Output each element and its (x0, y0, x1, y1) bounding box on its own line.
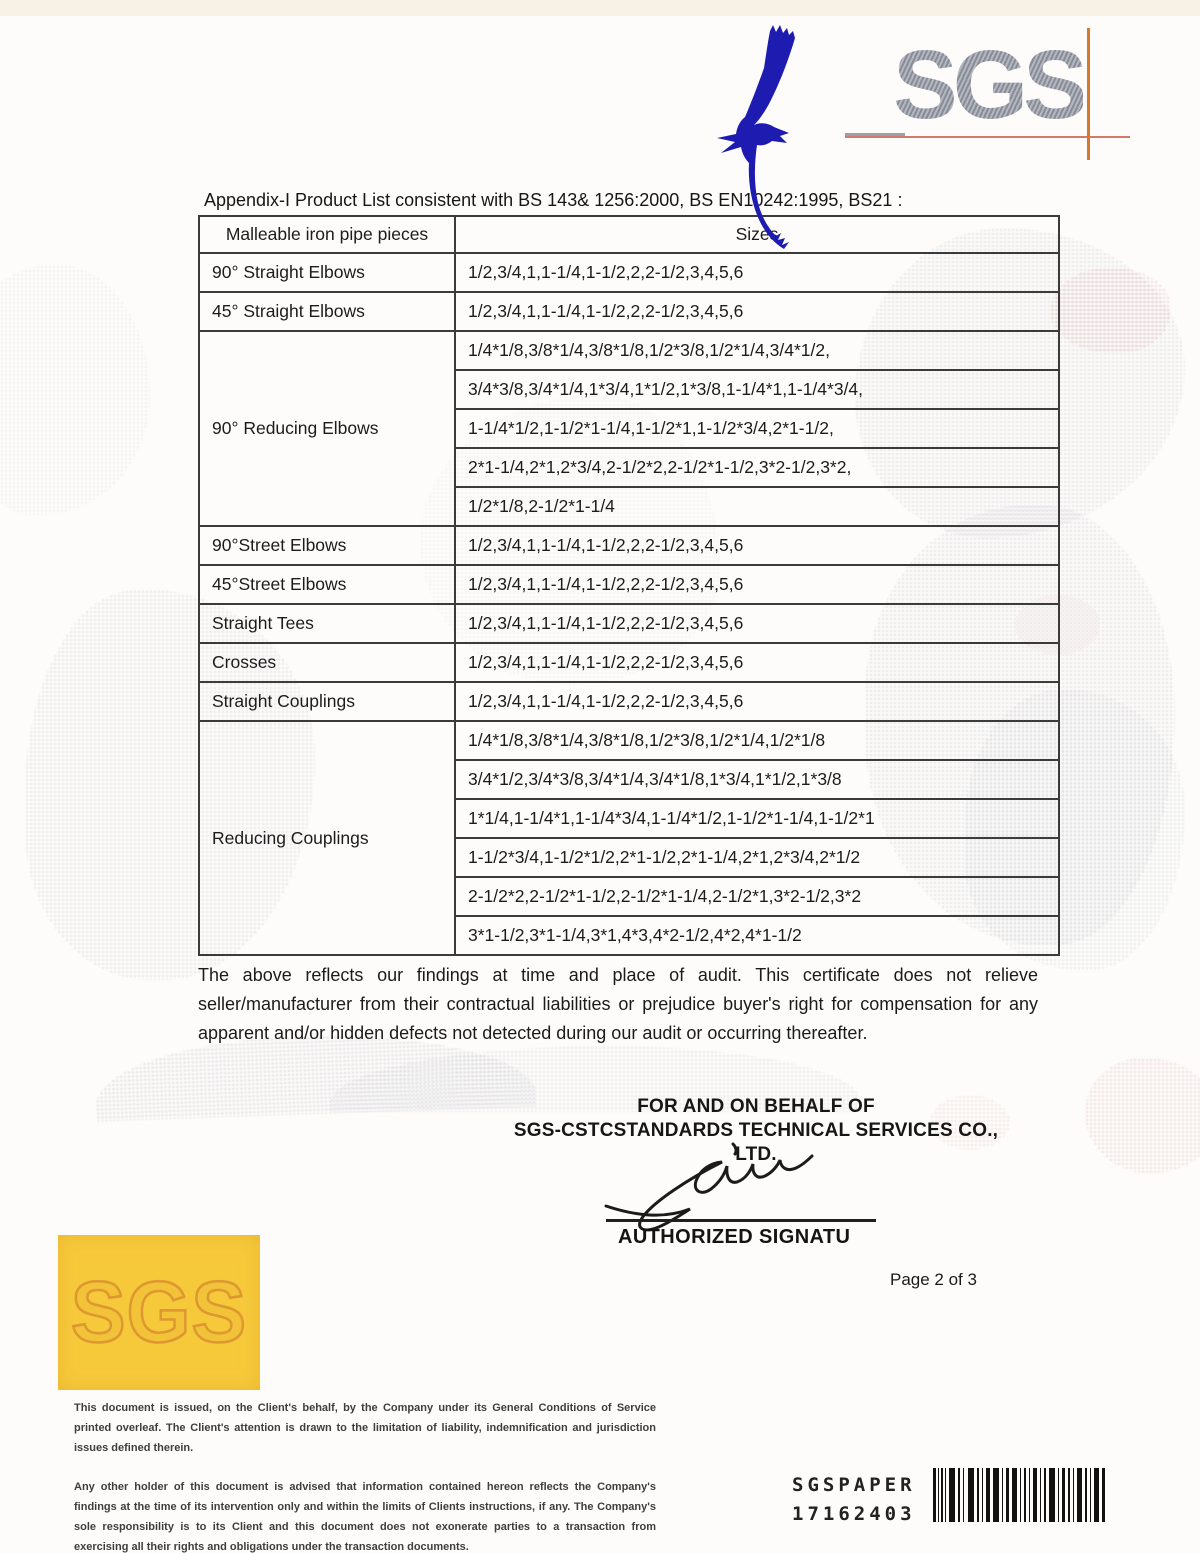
table-row: 90° Straight Elbows 1/2,3/4,1,1-1/4,1-1/… (199, 253, 1059, 292)
bird-icon (693, 22, 813, 254)
scan-stain (1050, 268, 1170, 353)
sgs-logo: SGS (893, 36, 1083, 133)
terms-paragraph-1: This document is issued, on the Client's… (74, 1398, 656, 1458)
logo-vertical-rule (1087, 28, 1090, 160)
sizes-cell: 1/2,3/4,1,1-1/4,1-1/2,2,2-1/2,3,4,5,6 (455, 643, 1059, 682)
barcode (933, 1468, 1108, 1522)
terms-paragraph-2: Any other holder of this document is adv… (74, 1477, 656, 1553)
signature-line (606, 1219, 876, 1222)
sizes-cell: 1/2,3/4,1,1-1/4,1-1/2,2,2-1/2,3,4,5,6 (455, 253, 1059, 292)
piece-name-cell: 45°Street Elbows (199, 565, 455, 604)
table-row: 45° Straight Elbows 1/2,3/4,1,1-1/4,1-1/… (199, 292, 1059, 331)
piece-name-cell: Crosses (199, 643, 455, 682)
sgs-stamp: SGS (58, 1235, 260, 1390)
table-row: 45°Street Elbows 1/2,3/4,1,1-1/4,1-1/2,2… (199, 565, 1059, 604)
sizes-cell: 1/2,3/4,1,1-1/4,1-1/2,2,2-1/2,3,4,5,6 (455, 565, 1059, 604)
piece-name-cell: 45° Straight Elbows (199, 292, 455, 331)
paper-code-line-1: SGSPAPER (792, 1471, 916, 1500)
table-row: 90° Reducing Elbows 1/4*1/8,3/8*1/4,3/8*… (199, 331, 1059, 370)
map-watermark-left (0, 265, 150, 515)
sizes-cell: 3/4*3/8,3/4*1/4,1*3/4,1*1/2,1*3/8,1-1/4*… (455, 370, 1059, 409)
sizes-cell: 3/4*1/2,3/4*3/8,3/4*1/4,3/4*1/8,1*3/4,1*… (455, 760, 1059, 799)
page-title: Appendix-I Product List consistent with … (204, 190, 1064, 211)
sizes-cell: 1/2,3/4,1,1-1/4,1-1/2,2,2-1/2,3,4,5,6 (455, 604, 1059, 643)
scan-stain (1085, 1058, 1200, 1173)
piece-name-cell: 90° Straight Elbows (199, 253, 455, 292)
piece-name-cell: Straight Tees (199, 604, 455, 643)
piece-name-cell: 90° Reducing Elbows (199, 331, 455, 526)
sizes-cell: 1-1/2*3/4,1-1/2*1/2,2*1-1/2,2*1-1/4,2*1,… (455, 838, 1059, 877)
sizes-cell: 1/2,3/4,1,1-1/4,1-1/2,2,2-1/2,3,4,5,6 (455, 526, 1059, 565)
behalf-line-1: FOR AND ON BEHALF OF (500, 1095, 1012, 1119)
sizes-cell: 1/4*1/8,3/8*1/4,3/8*1/8,1/2*3/8,1/2*1/4,… (455, 721, 1059, 760)
sizes-cell: 1-1/4*1/2,1-1/2*1-1/4,1-1/2*1,1-1/2*3/4,… (455, 409, 1059, 448)
disclaimer-text: The above reflects our findings at time … (198, 961, 1038, 1048)
sizes-cell: 2*1-1/4,2*1,2*3/4,2-1/2*2,2-1/2*1-1/2,3*… (455, 448, 1059, 487)
table-header-row: Malleable iron pipe pieces Sizes (199, 216, 1059, 253)
sizes-cell: 1/4*1/8,3/8*1/4,3/8*1/8,1/2*3/8,1/2*1/4,… (455, 331, 1059, 370)
sgs-stamp-text: SGS (71, 1269, 247, 1355)
sizes-cell: 1/2,3/4,1,1-1/4,1-1/2,2,2-1/2,3,4,5,6 (455, 682, 1059, 721)
sizes-cell: 1/2,3/4,1,1-1/4,1-1/2,2,2-1/2,3,4,5,6 (455, 292, 1059, 331)
page-indicator: Page 2 of 3 (890, 1270, 977, 1290)
piece-name-cell: Reducing Couplings (199, 721, 455, 955)
table-row: Crosses 1/2,3/4,1,1-1/4,1-1/2,2,2-1/2,3,… (199, 643, 1059, 682)
sizes-cell: 1/2*1/8,2-1/2*1-1/4 (455, 487, 1059, 526)
product-table: Malleable iron pipe pieces Sizes 90° Str… (198, 215, 1060, 956)
table-row: 90°Street Elbows 1/2,3/4,1,1-1/4,1-1/2,2… (199, 526, 1059, 565)
sizes-cell: 2-1/2*2,2-1/2*1-1/2,2-1/2*1-1/4,2-1/2*1,… (455, 877, 1059, 916)
terms-block: This document is issued, on the Client's… (74, 1398, 656, 1553)
sizes-cell: 1*1/4,1-1/4*1,1-1/4*3/4,1-1/4*1/2,1-1/2*… (455, 799, 1059, 838)
paper-code: SGSPAPER 17162403 (792, 1471, 916, 1529)
col-header-pieces: Malleable iron pipe pieces (199, 216, 455, 253)
piece-name-cell: 90°Street Elbows (199, 526, 455, 565)
paper-code-line-2: 17162403 (792, 1500, 916, 1529)
table-row: Straight Couplings 1/2,3/4,1,1-1/4,1-1/2… (199, 682, 1059, 721)
table-row: Straight Tees 1/2,3/4,1,1-1/4,1-1/2,2,2-… (199, 604, 1059, 643)
piece-name-cell: Straight Couplings (199, 682, 455, 721)
scan-top-tint (0, 0, 1200, 16)
sizes-cell: 3*1-1/2,3*1-1/4,3*1,4*3,4*2-1/2,4*2,4*1-… (455, 916, 1059, 955)
table-row: Reducing Couplings 1/4*1/8,3/8*1/4,3/8*1… (199, 721, 1059, 760)
signature-label: AUTHORIZED SIGNATU (618, 1226, 850, 1249)
